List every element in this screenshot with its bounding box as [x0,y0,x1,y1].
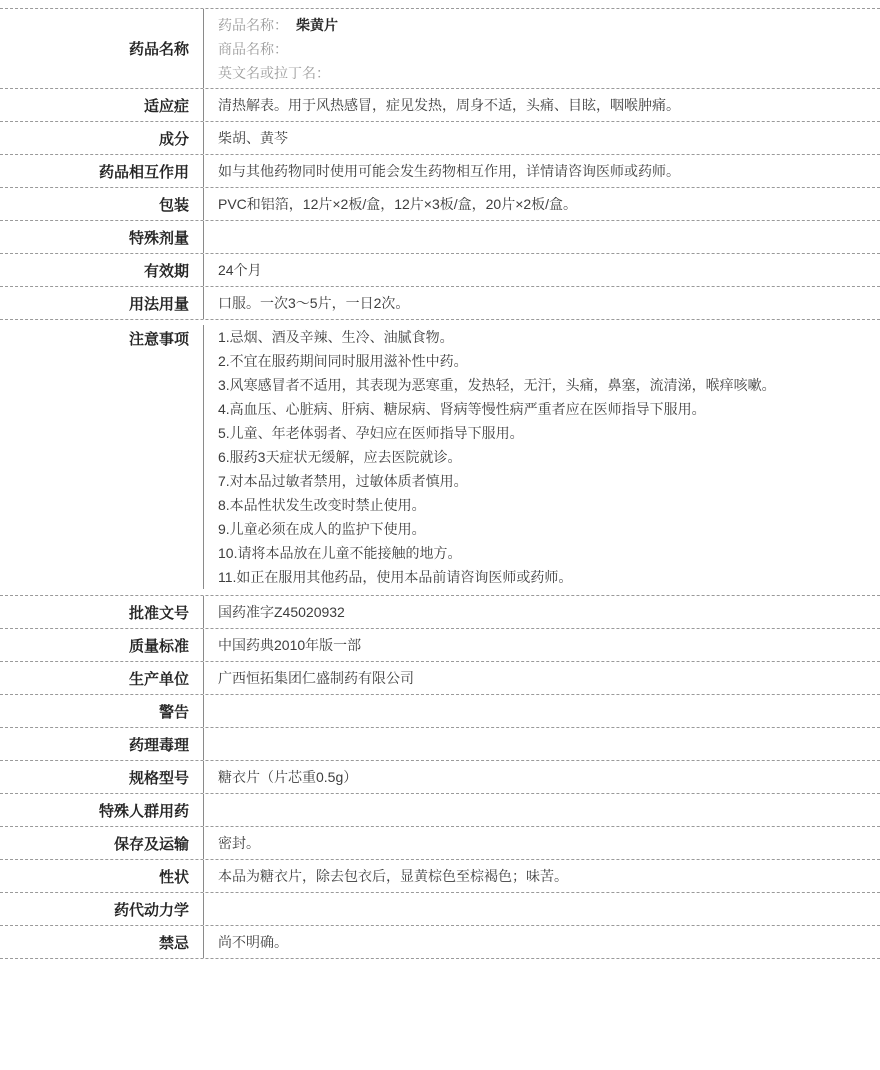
table-row: 特殊剂量 [0,221,880,254]
row-value: PVC和铝箔，12片×2板/盒，12片×3板/盒，20片×2板/盒。 [218,194,870,214]
row-label: 禁忌 [0,926,204,958]
note-line: 3.风寒感冒者不适用，其表现为恶寒重，发热轻，无汗，头痛，鼻塞，流清涕，喉痒咳嗽… [218,373,870,397]
drug-info-table: 药品名称药品名称：柴黄片商品名称：英文名或拉丁名：适应症清热解表。用于风热感冒，… [0,8,880,959]
table-row: 规格型号糖衣片（片芯重0.5g） [0,761,880,794]
row-content: 24个月 [204,254,880,286]
name-field-line: 商品名称： [218,37,870,61]
row-value: 口服。一次3～5片，一日2次。 [218,293,870,313]
table-row: 特殊人群用药 [0,794,880,827]
row-content: 1.忌烟、酒及辛辣、生冷、油腻食物。2.不宜在服药期间同时服用滋补性中药。3.风… [204,325,880,589]
table-row: 包装PVC和铝箔，12片×2板/盒，12片×3板/盒，20片×2板/盒。 [0,188,880,221]
row-value: 密封。 [218,833,870,853]
row-content: PVC和铝箔，12片×2板/盒，12片×3板/盒，20片×2板/盒。 [204,188,880,220]
table-row: 药品名称药品名称：柴黄片商品名称：英文名或拉丁名： [0,9,880,89]
table-row: 禁忌尚不明确。 [0,926,880,959]
row-label: 药理毒理 [0,728,204,760]
field-key: 药品名称： [218,17,288,33]
row-value: 广西恒拓集团仁盛制药有限公司 [218,668,870,688]
note-line: 10.请将本品放在儿童不能接触的地方。 [218,541,870,565]
row-label: 特殊剂量 [0,221,204,253]
row-content: 清热解表。用于风热感冒，症见发热，周身不适，头痛、目眩，咽喉肿痛。 [204,89,880,121]
table-row: 批准文号国药准字Z45020932 [0,596,880,629]
table-row: 性状本品为糖衣片，除去包衣后，显黄棕色至棕褐色；味苦。 [0,860,880,893]
row-content [204,893,880,925]
note-line: 7.对本品过敏者禁用，过敏体质者慎用。 [218,469,870,493]
table-row: 保存及运输密封。 [0,827,880,860]
row-label: 包装 [0,188,204,220]
row-content: 密封。 [204,827,880,859]
row-label: 质量标准 [0,629,204,661]
table-row: 质量标准中国药典2010年版一部 [0,629,880,662]
row-content: 国药准字Z45020932 [204,596,880,628]
name-field-line: 英文名或拉丁名： [218,61,870,85]
table-row: 适应症清热解表。用于风热感冒，症见发热，周身不适，头痛、目眩，咽喉肿痛。 [0,89,880,122]
row-content: 糖衣片（片芯重0.5g） [204,761,880,793]
row-label: 保存及运输 [0,827,204,859]
row-value: 本品为糖衣片，除去包衣后，显黄棕色至棕褐色；味苦。 [218,866,870,886]
note-line: 6.服药3天症状无缓解，应去医院就诊。 [218,445,870,469]
row-label: 药代动力学 [0,893,204,925]
row-value: 尚不明确。 [218,932,870,952]
note-line: 1.忌烟、酒及辛辣、生冷、油腻食物。 [218,325,870,349]
table-row: 注意事项1.忌烟、酒及辛辣、生冷、油腻食物。2.不宜在服药期间同时服用滋补性中药… [0,320,880,596]
row-content: 如与其他药物同时使用可能会发生药物相互作用，详情请咨询医师或药师。 [204,155,880,187]
row-label: 警告 [0,695,204,727]
row-content [204,221,880,253]
row-value: 中国药典2010年版一部 [218,635,870,655]
row-value: 清热解表。用于风热感冒，症见发热，周身不适，头痛、目眩，咽喉肿痛。 [218,95,870,115]
row-value: 糖衣片（片芯重0.5g） [218,767,870,787]
row-label: 药品名称 [0,9,204,88]
row-content [204,794,880,826]
row-value: 柴胡、黄芩 [218,128,870,148]
table-row: 成分柴胡、黄芩 [0,122,880,155]
note-line: 11.如正在服用其他药品，使用本品前请咨询医师或药师。 [218,565,870,589]
row-content: 尚不明确。 [204,926,880,958]
note-line: 4.高血压、心脏病、肝病、糖尿病、肾病等慢性病严重者应在医师指导下服用。 [218,397,870,421]
table-row: 药理毒理 [0,728,880,761]
row-label: 用法用量 [0,287,204,319]
note-line: 9.儿童必须在成人的监护下使用。 [218,517,870,541]
field-value: 柴黄片 [296,17,338,33]
row-label: 成分 [0,122,204,154]
row-label: 有效期 [0,254,204,286]
table-row: 药代动力学 [0,893,880,926]
note-line: 5.儿童、年老体弱者、孕妇应在医师指导下服用。 [218,421,870,445]
row-content: 中国药典2010年版一部 [204,629,880,661]
row-label: 生产单位 [0,662,204,694]
row-content: 药品名称：柴黄片商品名称：英文名或拉丁名： [204,9,880,88]
table-row: 警告 [0,695,880,728]
table-row: 有效期24个月 [0,254,880,287]
row-label: 药品相互作用 [0,155,204,187]
row-content: 广西恒拓集团仁盛制药有限公司 [204,662,880,694]
table-row: 生产单位广西恒拓集团仁盛制药有限公司 [0,662,880,695]
row-label: 规格型号 [0,761,204,793]
row-label: 性状 [0,860,204,892]
field-key: 英文名或拉丁名： [218,65,330,81]
row-content [204,695,880,727]
row-content [204,728,880,760]
row-content: 本品为糖衣片，除去包衣后，显黄棕色至棕褐色；味苦。 [204,860,880,892]
table-row: 用法用量口服。一次3～5片，一日2次。 [0,287,880,320]
row-label: 特殊人群用药 [0,794,204,826]
row-value: 24个月 [218,260,870,280]
row-label: 适应症 [0,89,204,121]
row-content: 柴胡、黄芩 [204,122,880,154]
row-label: 注意事项 [0,325,204,589]
note-line: 8.本品性状发生改变时禁止使用。 [218,493,870,517]
row-value: 国药准字Z45020932 [218,602,870,622]
note-line: 2.不宜在服药期间同时服用滋补性中药。 [218,349,870,373]
table-row: 药品相互作用如与其他药物同时使用可能会发生药物相互作用，详情请咨询医师或药师。 [0,155,880,188]
row-content: 口服。一次3～5片，一日2次。 [204,287,880,319]
name-field-line: 药品名称：柴黄片 [218,13,870,37]
field-key: 商品名称： [218,41,288,57]
row-label: 批准文号 [0,596,204,628]
row-value: 如与其他药物同时使用可能会发生药物相互作用，详情请咨询医师或药师。 [218,161,870,181]
